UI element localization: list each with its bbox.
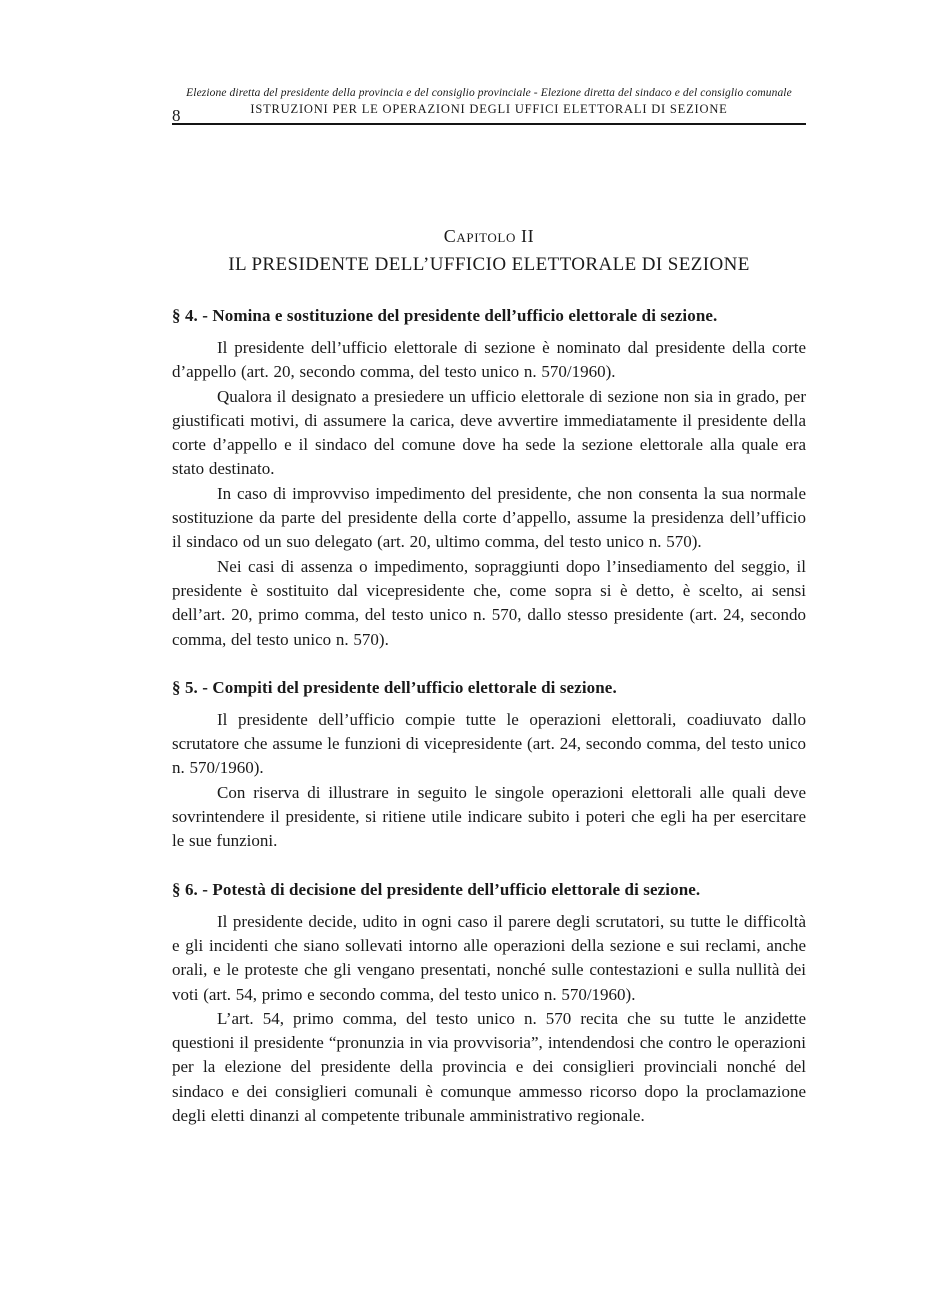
running-title: Elezione diretta del presidente della pr… [172, 86, 806, 100]
section-heading-6: § 6. - Potestà di decisione del presiden… [172, 880, 806, 900]
paragraph: L’art. 54, primo comma, del testo unico … [172, 1007, 806, 1128]
running-subtitle: ISTRUZIONI PER LE OPERAZIONI DEGLI UFFIC… [172, 100, 806, 119]
paragraph: In caso di improvviso impedimento del pr… [172, 482, 806, 555]
paragraph: Il presidente dell’ufficio compie tutte … [172, 708, 806, 781]
paragraph: Il presidente dell’ufficio elettorale di… [172, 336, 806, 385]
paragraph: Il presidente decide, udito in ogni caso… [172, 910, 806, 1007]
header-rule [172, 123, 806, 125]
text-column: 8 Elezione diretta del presidente della … [172, 86, 806, 1128]
page-header: 8 Elezione diretta del presidente della … [172, 86, 806, 125]
paragraph: Con riserva di illustrare in seguito le … [172, 781, 806, 854]
chapter-title: IL PRESIDENTE DELL’UFFICIO ELETTORALE DI… [172, 254, 806, 276]
section-heading-5: § 5. - Compiti del presidente dell’uffic… [172, 678, 806, 698]
chapter-label: Capitolo II [172, 226, 806, 247]
paragraph: Nei casi di assenza o impedimento, sopra… [172, 555, 806, 652]
section-heading-4: § 4. - Nomina e sostituzione del preside… [172, 306, 806, 326]
paragraph: Qualora il designato a presiedere un uff… [172, 385, 806, 482]
page-number: 8 [172, 107, 181, 124]
document-page: 8 Elezione diretta del presidente della … [0, 0, 933, 1299]
